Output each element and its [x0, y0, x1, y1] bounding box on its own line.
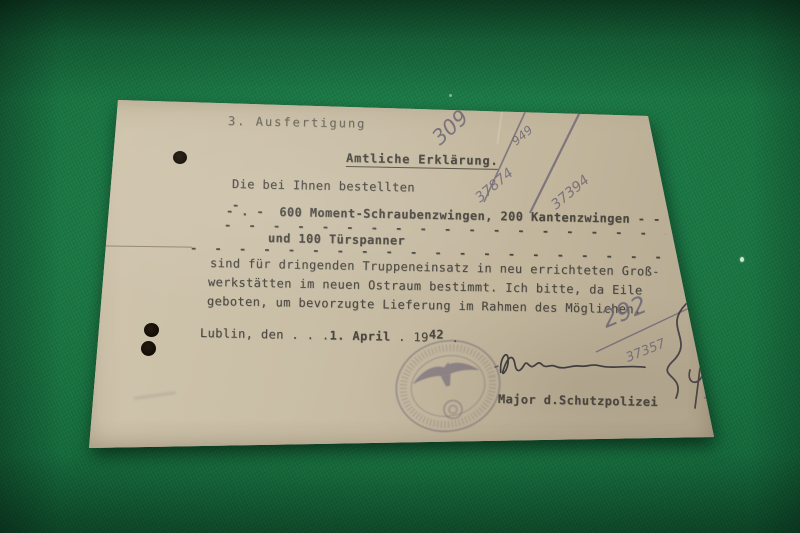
punch-hole — [141, 341, 156, 356]
pencil-registry-numbers-right: 292 37357 V — [588, 290, 738, 425]
photo-of-document-on-felt: 3. Ausfertigung Amtliche Erklärung. Die … — [0, 0, 800, 533]
pencil-number: 37357 — [624, 336, 669, 366]
date-prefix: Lublin, den . . . — [200, 326, 330, 342]
intro-line: Die bei Ihnen bestellten — [232, 177, 415, 195]
lint-speck — [449, 94, 452, 97]
punch-hole — [173, 151, 187, 164]
paper-shadow-wrap: 3. Ausfertigung Amtliche Erklärung. Die … — [88, 98, 720, 452]
ink-underline — [704, 394, 728, 398]
punch-hole — [144, 323, 159, 337]
pencil-smudge — [134, 391, 176, 400]
fold-crease — [96, 245, 192, 247]
ink-roman-numeral: V — [707, 375, 724, 398]
pencil-number: 292 — [598, 290, 651, 333]
body-line: geboten, um bevorzugte Lieferung im Rahm… — [207, 294, 642, 316]
pencil-registry-numbers-top: 309 949 37874 37394 — [428, 100, 638, 222]
copy-note: 3. Ausfertigung — [228, 114, 367, 131]
order-prefix-dashes: - . - — [226, 204, 264, 219]
pencil-number: 949 — [509, 123, 536, 148]
lint-speck — [740, 257, 744, 262]
pencil-number: 37394 — [548, 172, 592, 213]
body-line: werkstätten im neuen Ostraum bestimmt. I… — [208, 275, 643, 297]
ink-paraph — [667, 304, 702, 408]
stamp-eagle-emblem — [410, 356, 481, 393]
document-paper: 3. Ausfertigung Amtliche Erklärung. Die … — [88, 98, 720, 452]
pencil-number: 37874 — [472, 165, 516, 206]
pencil-number: 309 — [427, 105, 473, 150]
